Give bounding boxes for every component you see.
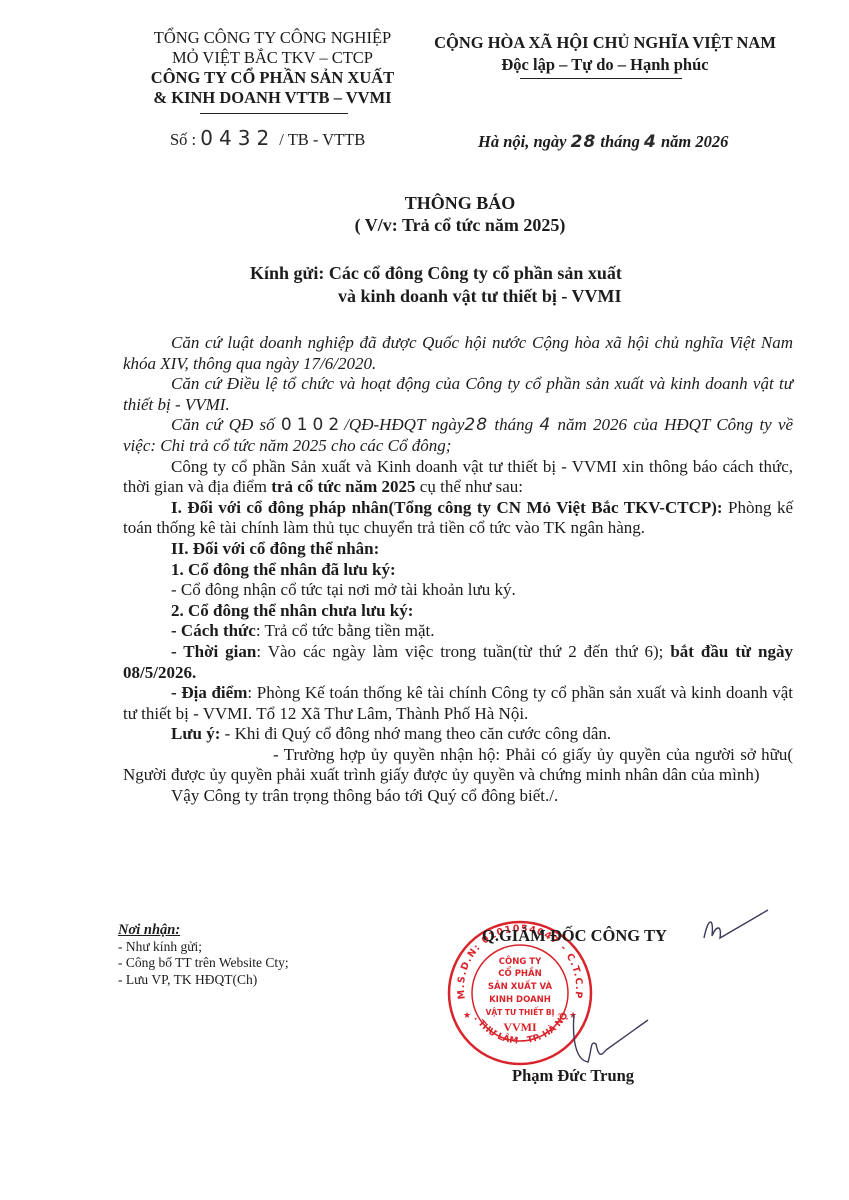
note-2: - Trường hợp ủy quyền nhận hộ: Phải có g… <box>123 745 793 786</box>
method-text: : Trả cổ tức bằng tiền mặt. <box>256 621 435 640</box>
document-number: Số : 0432 / TB - VTTB <box>170 126 365 150</box>
date-day: 28 <box>571 132 597 152</box>
section-1: I. Đối với cổ đông pháp nhân(Tổng công t… <box>123 498 793 539</box>
national-motto: CỘNG HÒA XÃ HỘI CHỦ NGHĨA VIỆT NAM Độc l… <box>420 32 790 76</box>
legal-basis-2: Căn cứ Điều lệ tổ chức và hoạt động của … <box>123 374 793 415</box>
company-name-line2: & KINH DOANH VTTB – VVMI <box>130 88 415 108</box>
signer-title: Q.GIÁM ĐỐC CÔNG TY <box>482 926 667 946</box>
note-1-text: - Khi đi Quý cổ đông nhớ mang theo căn c… <box>220 724 611 743</box>
intro-emphasis: trả cổ tức năm 2025 <box>271 477 415 496</box>
doc-number-suffix: / TB - VTTB <box>279 130 365 149</box>
motto-underline-divider <box>520 78 682 79</box>
title-heading: THÔNG BÁO <box>240 192 680 214</box>
recipient-line1: Kính gửi: Các cổ đông Công ty cổ phần sả… <box>250 262 680 285</box>
initial-signature-icon <box>700 908 770 948</box>
date-prefix: Hà nội, ngày <box>478 132 566 151</box>
org-underline-divider <box>200 113 348 114</box>
recipient-line2: và kinh doanh vật tư thiết bị - VVMI <box>250 285 680 308</box>
seal-line: SẢN XUẤT VÀ <box>488 979 553 992</box>
date-year: năm 2026 <box>661 132 728 151</box>
subsection-1-text: - Cổ đông nhận cổ tức tại nơi mở tài kho… <box>123 580 793 601</box>
payment-time: - Thời gian: Vào các ngày làm việc trong… <box>123 642 793 683</box>
legal-basis-3: Căn cứ QĐ số 0102/QĐ-HĐQT ngày28 tháng 4… <box>123 415 793 456</box>
payment-location: - Địa điểm: Phòng Kế toán thống kê tài c… <box>123 683 793 724</box>
doc-number-prefix: Số : <box>170 130 196 149</box>
subsection-2-heading: 2. Cổ đông thể nhân chưa lưu ký: <box>123 601 793 622</box>
seal-line: CỔ PHẦN <box>498 966 541 979</box>
seal-line: KINH DOANH <box>489 995 551 1005</box>
time-text: : Vào các ngày làm việc trong tuần(từ th… <box>256 642 670 661</box>
recipients-item: - Lưu VP, TK HĐQT(Ch) <box>118 972 378 989</box>
company-name-line1: CÔNG TY CỔ PHẦN SẢN XUẤT <box>130 68 415 88</box>
nation-motto: Độc lập – Tự do – Hạnh phúc <box>420 54 790 76</box>
doc-number-value: 0432 <box>200 126 275 150</box>
date-month-label: tháng <box>600 132 639 151</box>
closing-line: Vậy Công ty trân trọng thông báo tới Quý… <box>123 786 793 807</box>
issue-date: Hà nội, ngày 28 tháng 4 năm 2026 <box>478 132 728 152</box>
recipients-item: - Công bố TT trên Website Cty; <box>118 955 378 972</box>
time-label: - Thời gian <box>171 642 256 661</box>
seal-star-icon: ★ <box>463 1010 471 1020</box>
decision-number: 0102 <box>281 415 344 435</box>
intro-text-b: cụ thể như sau: <box>416 477 523 496</box>
seal-line: CÔNG TY <box>499 955 542 967</box>
method-label: - Cách thức <box>171 621 256 640</box>
recipients-list: Nơi nhận: - Như kính gửi; - Công bố TT t… <box>118 922 378 988</box>
basis3-prefix: Căn cứ QĐ số <box>171 415 275 434</box>
recipients-item: - Như kính gửi; <box>118 939 378 956</box>
note-label: Lưu ý: <box>171 724 220 743</box>
signer-name: Phạm Đức Trung <box>512 1066 634 1086</box>
issuing-organization: TỔNG CÔNG TY CÔNG NGHIỆP MỎ VIỆT BẮC TKV… <box>130 28 415 108</box>
parent-company-line2: MỎ VIỆT BẮC TKV – CTCP <box>130 48 415 68</box>
date-month: 4 <box>644 132 657 152</box>
seal-brand: VVMI <box>503 1020 537 1034</box>
basis3-mid: /QĐ-HĐQT ngày <box>344 415 464 434</box>
note-1: Lưu ý: - Khi đi Quý cổ đông nhớ mang the… <box>123 724 793 745</box>
document-title: THÔNG BÁO ( V/v: Trả cổ tức năm 2025) <box>240 192 680 236</box>
legal-basis-1: Căn cứ luật doanh nghiệp đã được Quốc hộ… <box>123 333 793 374</box>
signature-icon <box>570 1010 650 1070</box>
section-1-heading: I. Đối với cổ đông pháp nhân(Tổng công t… <box>171 498 723 517</box>
parent-company-line1: TỔNG CÔNG TY CÔNG NGHIỆP <box>130 28 415 48</box>
title-subject: ( V/v: Trả cổ tức năm 2025) <box>240 214 680 236</box>
recipients-heading: Nơi nhận: <box>118 922 378 939</box>
seal-line: VẬT TƯ THIẾT BỊ <box>486 1007 555 1017</box>
document-body: Căn cứ luật doanh nghiệp đã được Quốc hộ… <box>123 333 793 807</box>
intro-paragraph: Công ty cổ phần Sản xuất và Kinh doanh v… <box>123 457 793 498</box>
subsection-1-heading: 1. Cổ đông thể nhân đã lưu ký: <box>123 560 793 581</box>
place-label: - Địa điểm <box>171 683 247 702</box>
decision-day: 28 <box>464 415 488 435</box>
section-2-heading: II. Đối với cổ đông thể nhân: <box>123 539 793 560</box>
decision-month: 4 <box>539 415 551 435</box>
recipient-address: Kính gửi: Các cổ đông Công ty cổ phần sả… <box>250 262 680 308</box>
payment-method: - Cách thức: Trả cổ tức bằng tiền mặt. <box>123 621 793 642</box>
nation-name: CỘNG HÒA XÃ HỘI CHỦ NGHĨA VIỆT NAM <box>420 32 790 54</box>
basis3-month-label: tháng <box>494 415 533 434</box>
